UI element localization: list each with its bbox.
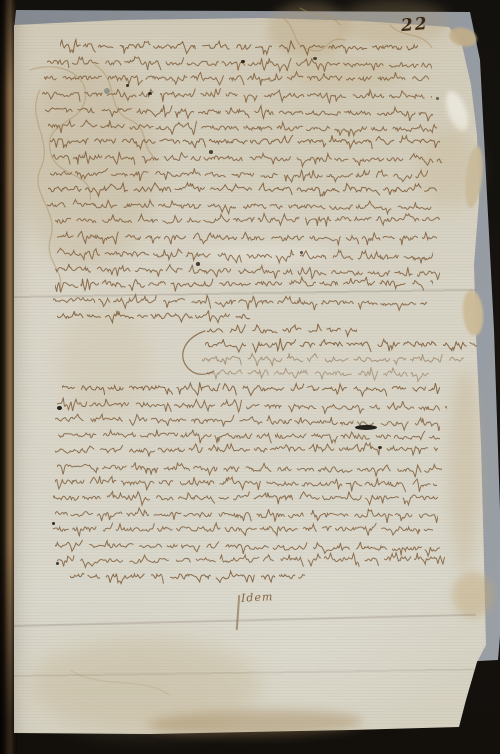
ink-speck <box>436 97 439 100</box>
ink-speck <box>300 251 303 254</box>
folio-number: 22 <box>400 14 429 36</box>
second-entry-script-line <box>53 520 433 538</box>
ink-speck <box>57 406 62 410</box>
second-entry-script-line <box>70 567 305 586</box>
ink-speck <box>56 562 59 565</box>
paper-stain <box>448 368 482 573</box>
ink-speck <box>52 522 55 525</box>
first-entry-script-line <box>55 209 440 229</box>
first-entry-script-line <box>55 273 433 293</box>
ink-speck <box>104 88 110 94</box>
idem-label: Idem <box>241 590 274 605</box>
ink-speck <box>126 84 129 87</box>
manuscript-photo: 22 Idem <box>0 0 500 754</box>
second-entry-script-line <box>53 488 438 507</box>
ink-speck <box>196 262 200 266</box>
idem-mark: Idem <box>228 589 272 631</box>
ink-speck <box>355 425 377 430</box>
ink-speck <box>378 446 382 449</box>
ink-speck <box>241 60 245 63</box>
ink-speck <box>209 150 213 154</box>
idem-descender-stroke <box>236 595 240 630</box>
second-entry-script-line <box>55 439 438 460</box>
paper-stain <box>452 572 494 618</box>
ink-speck <box>313 57 317 60</box>
ink-speck <box>148 92 152 95</box>
